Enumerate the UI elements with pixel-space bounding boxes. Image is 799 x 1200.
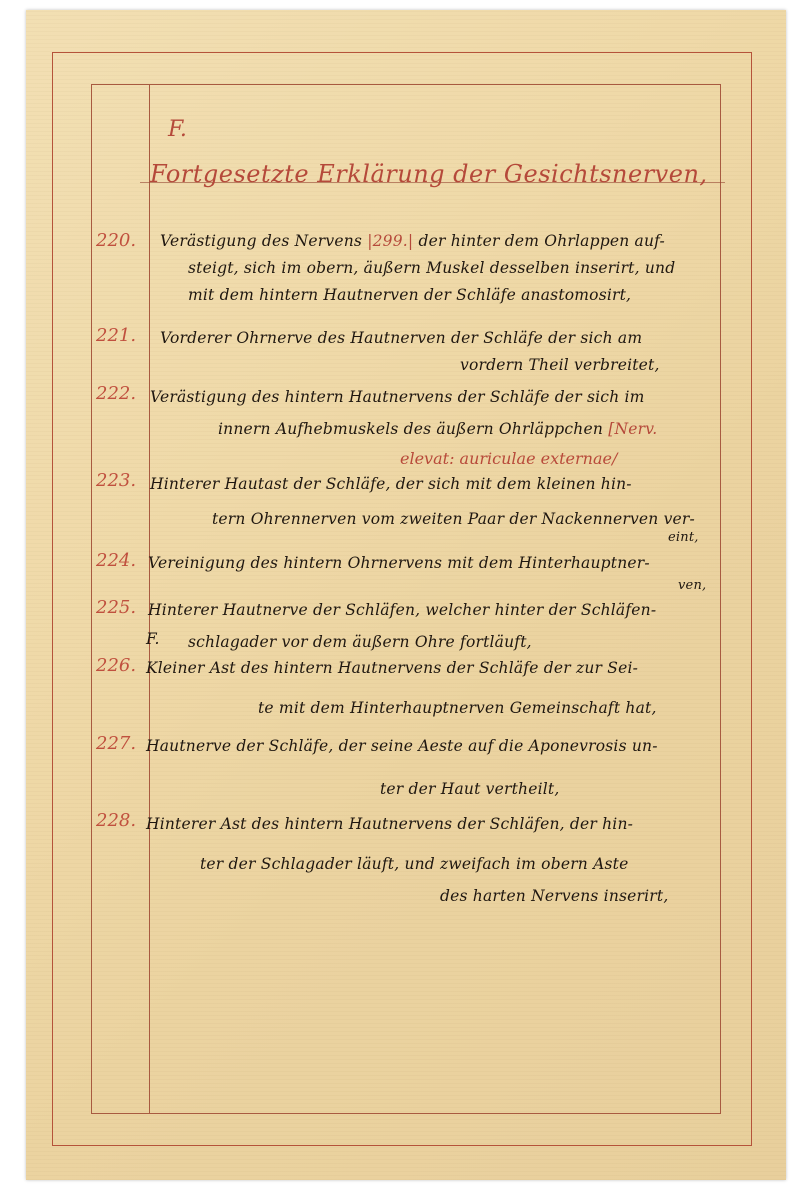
- entry-number-225: 225.: [96, 597, 136, 618]
- entry-228-line-3: des harten Nervens inserirt,: [440, 887, 668, 905]
- entry-220-line-3: mit dem hintern Hautnerven der Schläfe a…: [188, 286, 631, 304]
- entry-223-line-3: eint,: [668, 530, 699, 545]
- page-title: Fortgesetzte Erklärung der Gesichtsnerve…: [150, 160, 708, 188]
- cross-reference: |299.|: [367, 232, 413, 250]
- number-margin-line: [149, 84, 150, 1114]
- entry-220-line-2: steigt, sich im obern, äußern Muskel des…: [188, 259, 675, 277]
- entry-221-line-1: Vorderer Ohrnerve des Hautnerven der Sch…: [160, 329, 642, 347]
- entry-text: innern Aufhebmuskels des äußern Ohrläppc…: [218, 420, 603, 438]
- entry-226-line-1: Kleiner Ast des hintern Hautnervens der …: [146, 659, 638, 677]
- entry-number-226: 226.: [96, 655, 136, 676]
- entry-223-line-1: Hinterer Hautast der Schläfe, der sich m…: [150, 475, 632, 493]
- entry-text: Verästigung des Nervens: [160, 232, 362, 250]
- entry-221-line-2: vordern Theil verbreitet,: [460, 356, 660, 374]
- latin-annotation: elevat: auriculae externae/: [400, 449, 617, 468]
- entry-number-223: 223.: [96, 470, 136, 491]
- entry-224-line-2: ven,: [678, 578, 706, 593]
- entry-number-224: 224.: [96, 550, 136, 571]
- entry-224-line-1: Vereinigung des hintern Ohrnervens mit d…: [148, 554, 650, 572]
- entry-227-line-1: Hautnerve der Schläfe, der seine Aeste a…: [146, 737, 658, 755]
- entry-number-227: 227.: [96, 733, 136, 754]
- entry-225-line-2: schlagader vor dem äußern Ohre fortläuft…: [188, 633, 532, 651]
- entry-number-228: 228.: [96, 810, 136, 831]
- entry-number-220: 220.: [96, 230, 136, 251]
- entry-223-line-2: tern Ohrennerven vom zweiten Paar der Na…: [212, 510, 695, 528]
- entry-number-221: 221.: [96, 325, 136, 346]
- section-letter: F.: [168, 117, 187, 142]
- entry-226-line-2: te mit dem Hinterhauptnerven Gemeinschaf…: [258, 699, 657, 717]
- entry-227-line-2: ter der Haut vertheilt,: [380, 780, 559, 798]
- entry-220-line-1: Verästigung des Nervens |299.| der hinte…: [160, 232, 665, 250]
- entry-228-line-1: Hinterer Ast des hintern Hautnervens der…: [146, 815, 633, 833]
- entry-text: der hinter dem Ohrlappen auf-: [419, 232, 665, 250]
- latin-term-start: [Nerv.: [608, 420, 657, 438]
- entry-228-line-2: ter der Schlagader läuft, und zweifach i…: [200, 855, 628, 873]
- entry-222-line-2: innern Aufhebmuskels des äußern Ohrläppc…: [218, 420, 657, 438]
- entry-225-line-1: Hinterer Hautnerve der Schläfen, welcher…: [148, 601, 656, 619]
- entry-222-line-1: Verästigung des hintern Hautnervens der …: [150, 388, 645, 406]
- entry-number-222: 222.: [96, 383, 136, 404]
- entry-226-marker: F.: [146, 630, 160, 648]
